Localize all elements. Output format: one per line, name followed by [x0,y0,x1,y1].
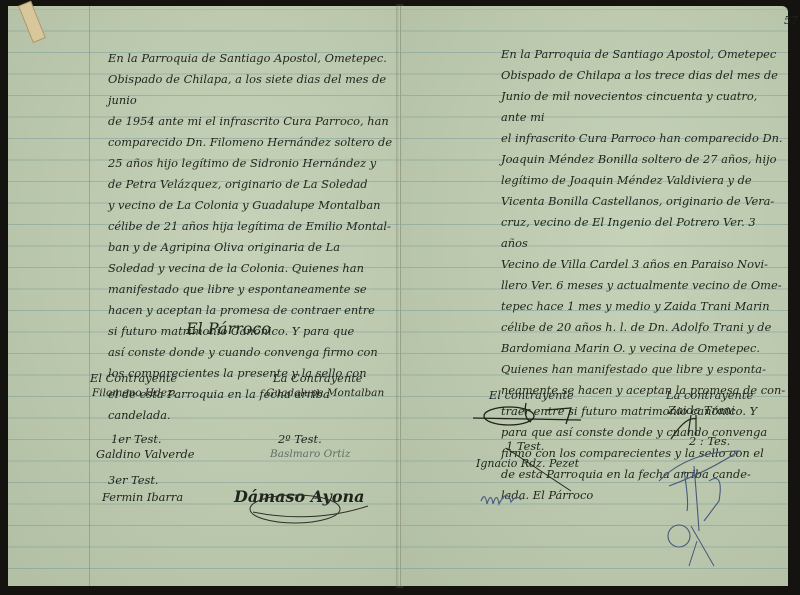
handwritten-line: cruz, vecino de El Ingenio del Potrero V… [501,212,786,254]
handwritten-line: Joaquin Méndez Bonilla soltero de 27 año… [501,149,786,170]
handwritten-line: comparecido Dn. Filomeno Hernández solte… [108,132,398,153]
handwritten-line: de 1954 ante mi el infrascrito Cura Parr… [108,111,398,132]
handwritten-line: manifestado que libre y espontaneamente … [108,279,398,300]
handwritten-line: y vecino de La Colonia y Guadalupe Monta… [108,195,398,216]
handwritten-line: llero Ver. 6 meses y actualmente vecino … [501,275,786,296]
handwritten-line: tepec hace 1 mes y medio y Zaida Trani M… [501,296,786,317]
handwritten-line: de Petra Velázquez, originario de La Sol… [108,174,398,195]
blue-signature [479,486,529,516]
handwritten-line: legítimo de Joaquin Méndez Valdiviera y … [501,170,786,191]
groom-signature: Filomeno Hdez. [92,383,176,404]
bride-signature: Guadalupe Montalban [266,383,384,404]
handwritten-line: candelada. [108,405,398,426]
handwritten-line: el infrascrito Cura Parroco han comparec… [501,128,786,149]
handwritten-line: Junio de mil novecientos cincuenta y cua… [501,86,786,128]
handwritten-line: Obispado de Chilapa a los trece dias del… [501,65,786,86]
handwritten-line: ban y de Agripina Oliva originaria de La [108,237,398,258]
handwritten-line: Soledad y vecina de la Colonia. Quienes … [108,258,398,279]
handwritten-line: Vicenta Bonilla Castellanos, originario … [501,191,786,212]
handwritten-line: Bardomiana Marin O. y vecina de Ometepec… [501,338,786,359]
handwritten-line: En la Parroquia de Santiago Apostol, Ome… [108,48,398,69]
handwritten-line: así conste donde y cuando convenga firmo… [108,342,398,363]
bookmark-tab [18,1,46,43]
blue-signature-and-seal [649,441,759,571]
left-page: En la Parroquia de Santiago Apostol, Ome… [8,6,401,586]
witness1-signature: Galdino Valverde [96,444,195,465]
page-number: 57 [784,14,798,27]
signature-flourish [233,484,373,539]
parroco-label: El Párroco [186,318,271,339]
handwritten-line: célibe de 20 años h. l. de Dn. Adolfo Tr… [501,317,786,338]
handwritten-line: Quienes han manifestado que libre y espo… [501,359,786,380]
witness3-signature: Fermin Ibarra [102,487,183,508]
right-page: 57 En la Parroquia de Santiago Apostol, … [401,6,788,586]
handwritten-line: Obispado de Chilapa, a los siete dias de… [108,69,398,111]
handwritten-line: En la Parroquia de Santiago Apostol, Ome… [501,44,786,65]
margin-line [89,6,90,586]
groom-signature [471,398,591,438]
handwritten-line: Vecino de Villa Cardel 3 años en Paraiso… [501,254,786,275]
witness2-signature: Baslmaro Ortiz [270,444,350,465]
handwritten-line: célibe de 21 años hija legítima de Emili… [108,216,398,237]
handwritten-line: 25 años hijo legítimo de Sidronio Hernán… [108,153,398,174]
